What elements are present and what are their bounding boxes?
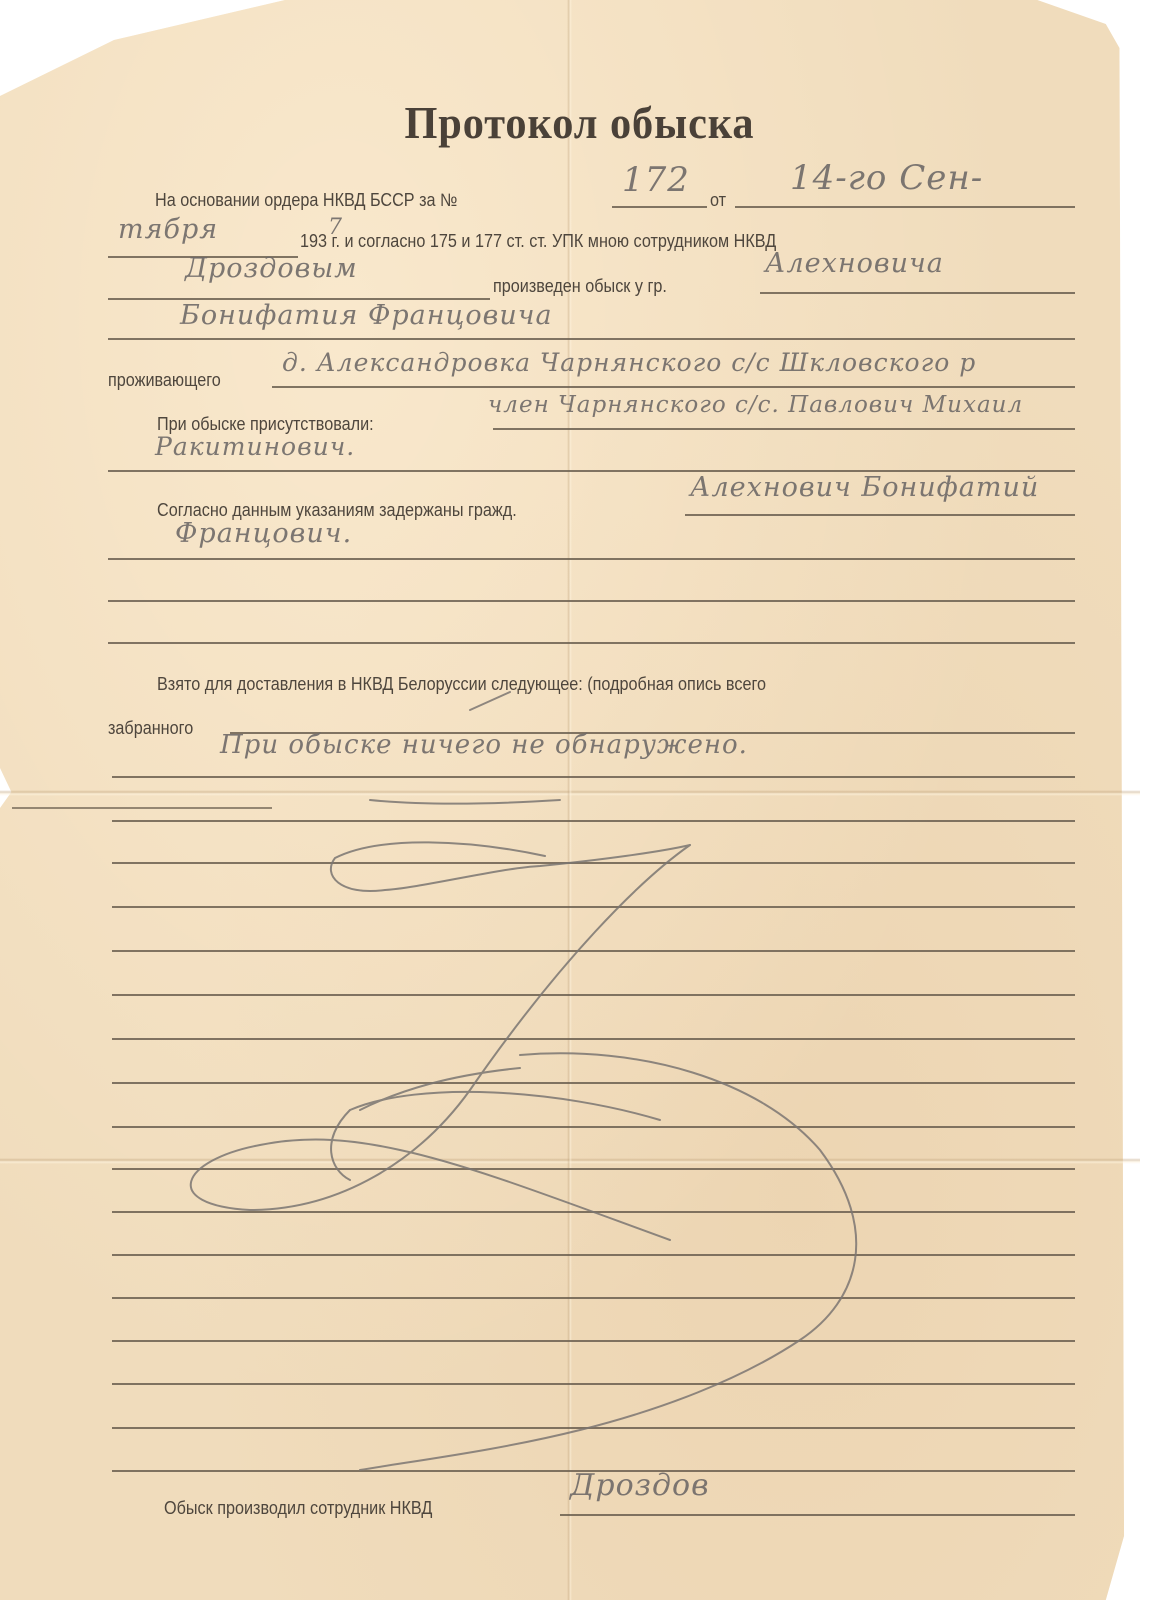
- pencil-strike-mark: [0, 0, 1159, 1600]
